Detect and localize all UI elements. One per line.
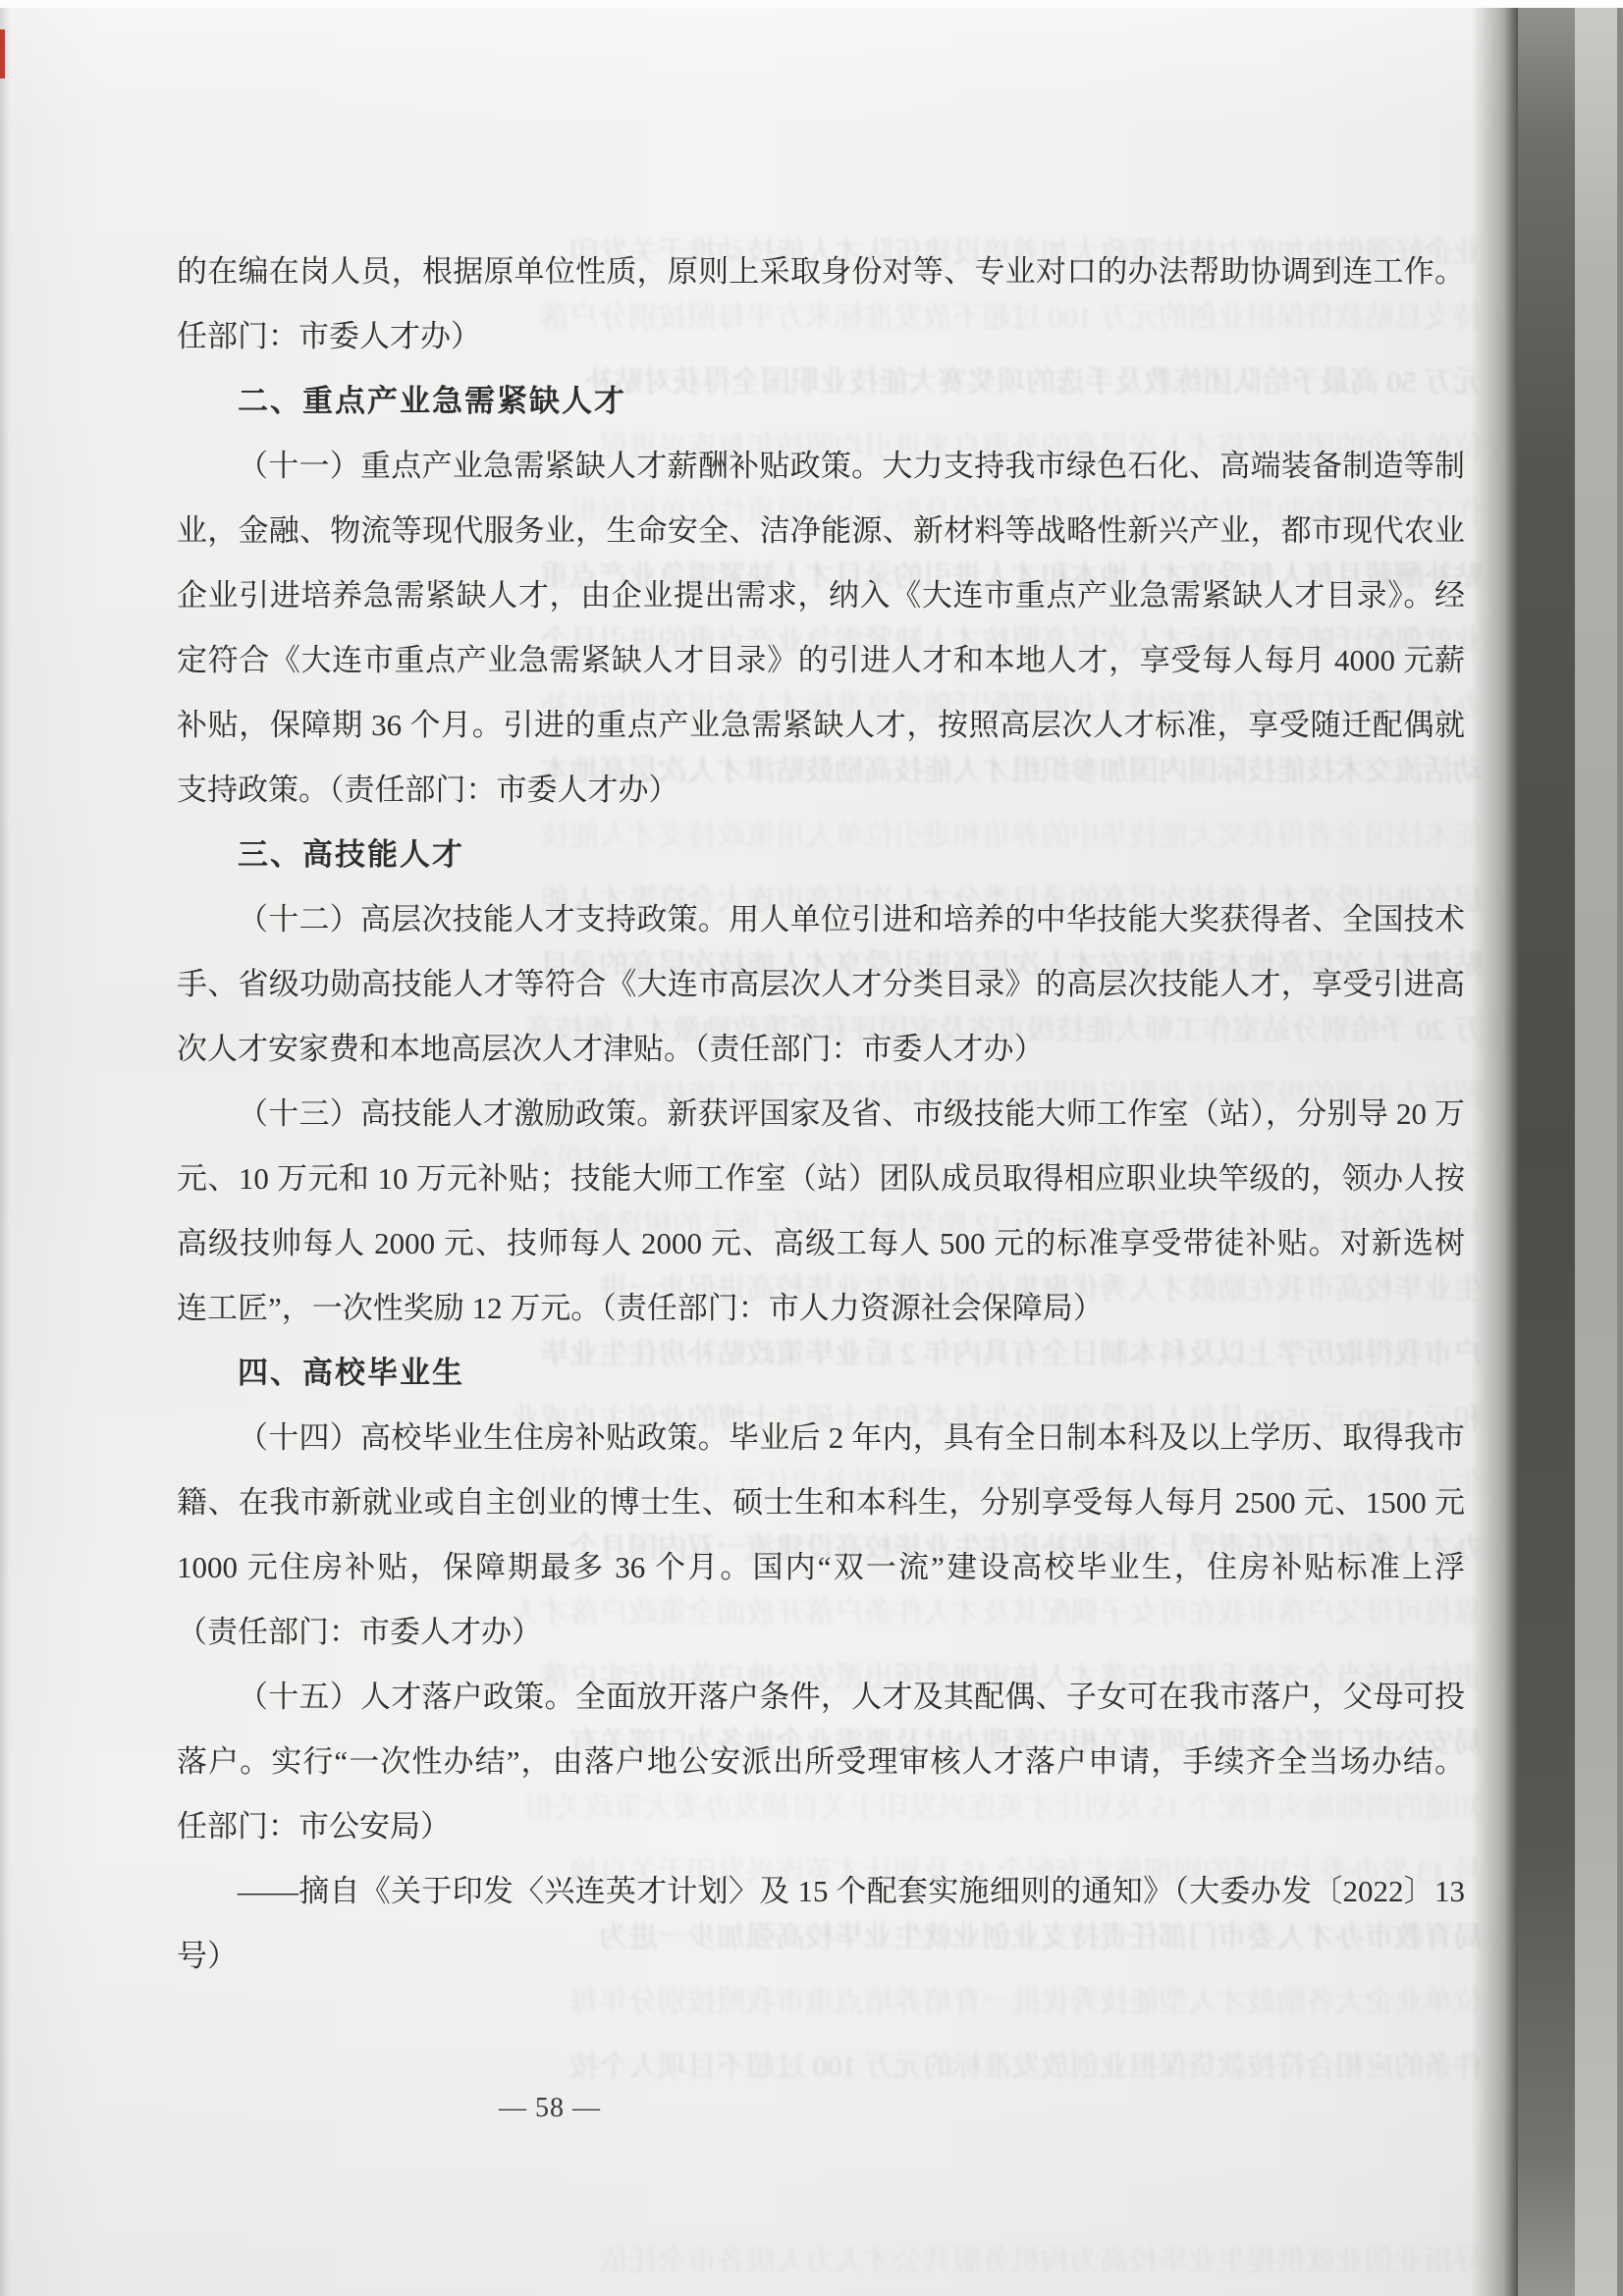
text-line: （十五）人才落户政策。全面放开落户条件，人才及其配偶、子女可在我市落户，父母可投… bbox=[177, 1665, 1465, 1730]
text-line: （十一）重点产业急需紧缺人才薪酬补贴政策。大力支持我市绿色石化、高端装备制造等制… bbox=[177, 434, 1465, 499]
text-line: （十四）高校毕业生住房补贴政策。毕业后 2 年内，具有全日制本科及以上学历、取得… bbox=[177, 1406, 1465, 1470]
text-line: 的在编在岗人员，根据原单位性质，原则上采取身份对等、专业对口的办法帮助协调到连工… bbox=[177, 240, 1465, 304]
text-line: 定符合《大连市重点产业急需紧缺人才目录》的引进人才和本地人才，享受每人每月 40… bbox=[177, 628, 1465, 693]
text-line: 业，金融、物流等现代服务业，生命安全、洁净能源、新材料等战略性新兴产业，都市现代… bbox=[177, 499, 1465, 563]
text-line: ——摘自《关于印发〈兴连英才计划〉及 15 个配套实施细则的通知》（大委办发〔2… bbox=[177, 1859, 1465, 1924]
text-line: 连工匠”，一次性奖励 12 万元。（责任部门：市人力资源社会保障局） bbox=[177, 1276, 1465, 1341]
text-line: 二、重点产业急需紧缺人才 bbox=[177, 369, 1465, 434]
page-number: — 58 — bbox=[499, 2089, 656, 2128]
text-line: 手、省级功勋高技能人才等符合《大连市高层次人才分类目录》的高层次技能人才，享受引… bbox=[177, 952, 1465, 1017]
adjacent-page-edge bbox=[1575, 0, 1623, 2296]
text-line: （十二）高层次技能人才支持政策。用人单位引进和培养的中华技能大奖获得者、全国技术… bbox=[177, 887, 1465, 952]
text-line: 三、高技能人才 bbox=[177, 823, 1465, 887]
text-line: 次人才安家费和本地高层次人才津贴。（责任部门：市委人才办） bbox=[177, 1017, 1465, 1082]
text-line: 任部门：市公安局） bbox=[177, 1794, 1465, 1859]
text-line: 企业引进培养急需紧缺人才，由企业提出需求，纳入《大连市重点产业急需紧缺人才目录》… bbox=[177, 563, 1465, 628]
text-line: 高级技帅每人 2000 元、技师每人 2000 元、高级工每人 500 元的标准… bbox=[177, 1211, 1465, 1276]
text-line: 落户。实行“一次性办结”，由落户地公安派出所受理审核人才落户申请，手续齐全当场办… bbox=[177, 1730, 1465, 1794]
book-binding-shadow bbox=[1518, 0, 1575, 2296]
scan-top-edge bbox=[0, 0, 1623, 8]
text-line: （责任部门：市委人才办） bbox=[177, 1600, 1465, 1665]
text-line: 补贴，保障期 36 个月。引进的重点产业急需紧缺人才，按照高层次人才标准，享受随… bbox=[177, 693, 1465, 758]
text-line: 号） bbox=[177, 1924, 1465, 1989]
text-line: 四、高校毕业生 bbox=[177, 1341, 1465, 1406]
text-line: 元、10 万元和 10 万元补贴；技能大师工作室（站）团队成员取得相应职业块竿级… bbox=[177, 1147, 1465, 1211]
binding-shadow-fade bbox=[1471, 0, 1518, 2296]
text-line: 支持政策。（责任部门：市委人才办） bbox=[177, 758, 1465, 823]
text-line: （十三）高技能人才激励政策。新获评国家及省、市级技能大师工作室（站），分别导 2… bbox=[177, 1082, 1465, 1147]
bleedthrough-line: 件条的应相合符按款贷保担业创放发准标的元万 100 过超不目项人个按 bbox=[137, 2042, 1483, 2081]
text-line: 1000 元住房补贴，保障期最多 36 个月。国内“双一流”建设高校毕业生，住房… bbox=[177, 1535, 1465, 1600]
text-line: 籍、在我市新就业或自主创业的博士生、硕士生和本科生，分别享受每人每月 2500 … bbox=[177, 1470, 1465, 1535]
document-body: 的在编在岗人员，根据原单位性质，原则上采取身份对等、专业对口的办法帮助协调到连工… bbox=[177, 240, 1465, 1989]
bleedthrough-line: 导指业创业就供提生业毕校高为构机务服共公才人力人级各市全托依 bbox=[137, 2236, 1502, 2275]
text-line: 任部门：市委人才办） bbox=[177, 304, 1465, 369]
